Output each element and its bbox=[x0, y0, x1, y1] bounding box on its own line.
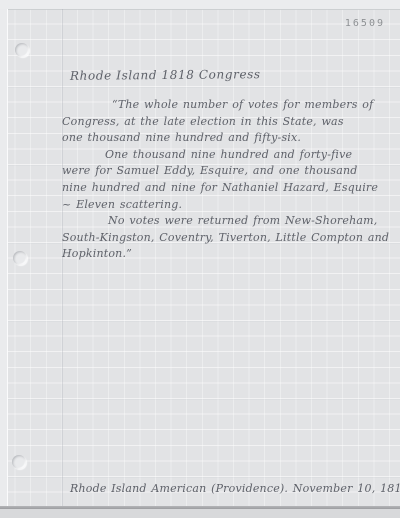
punch-hole-top bbox=[15, 43, 29, 57]
handwritten-line: were for Samuel Eddy, Esquire, and one t… bbox=[62, 163, 398, 180]
catalog-stamp-number: 16509 bbox=[345, 18, 385, 29]
handwritten-line: ~ Eleven scattering. bbox=[62, 197, 398, 214]
scanned-document-page: 16509 Rhode Island 1818 Congress “The wh… bbox=[0, 0, 400, 518]
handwritten-line: One thousand nine hundred and forty-five bbox=[62, 147, 398, 164]
handwritten-line: No votes were returned from New-Shoreham… bbox=[62, 213, 398, 230]
document-heading: Rhode Island 1818 Congress bbox=[70, 67, 261, 83]
handwritten-body: “The whole number of votes for members o… bbox=[62, 97, 398, 263]
paper-left-edge bbox=[0, 9, 8, 508]
handwritten-line: Hopkinton.” bbox=[62, 246, 398, 263]
punch-hole-bottom bbox=[12, 455, 26, 469]
scan-background-strip bbox=[0, 509, 400, 518]
handwritten-line: Congress, at the late election in this S… bbox=[62, 114, 398, 131]
handwritten-line: one thousand nine hundred and fifty-six. bbox=[62, 130, 398, 147]
handwritten-line: South-Kingston, Coventry, Tiverton, Litt… bbox=[62, 230, 398, 247]
handwritten-line: “The whole number of votes for members o… bbox=[62, 97, 398, 114]
source-citation: Rhode Island American (Providence). Nove… bbox=[70, 482, 400, 495]
punch-hole-middle bbox=[13, 251, 27, 265]
handwritten-line: nine hundred and nine for Nathaniel Haza… bbox=[62, 180, 398, 197]
